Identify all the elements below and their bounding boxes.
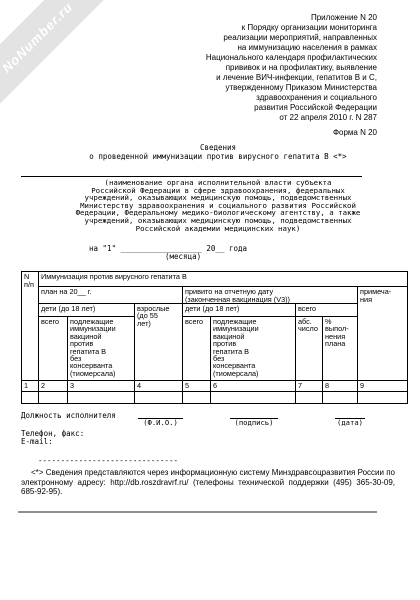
- column-number-cell: 6: [211, 380, 296, 391]
- immunization-table: N п/п Иммунизация против вирусного гепат…: [21, 271, 408, 404]
- email-label: E-mail:: [21, 438, 420, 446]
- fio-label: (Ф.И.О.): [143, 418, 178, 427]
- th-row-number: N п/п: [22, 272, 39, 381]
- form-number: Форма N 20: [0, 128, 420, 138]
- contact-block: Телефон, факс: E-mail:: [21, 430, 420, 446]
- th-children-vaccinated: дети (до 18 лет): [183, 303, 296, 316]
- th-total-vacc-children: всего: [183, 316, 211, 380]
- th-adults: взрослые (до 55 лет): [135, 303, 183, 380]
- sign-label: (подпись): [235, 418, 274, 427]
- column-number-cell: 1: [22, 380, 39, 391]
- org-name-caption: (наименование органа исполнительной влас…: [21, 179, 415, 232]
- document-title: Сведения о проведенной иммунизации проти…: [21, 144, 415, 161]
- phone-fax-label: Телефон, факс:: [21, 430, 420, 438]
- th-total: всего: [296, 303, 358, 316]
- empty-data-cell: [135, 391, 183, 403]
- th-children-plan: дети (до 18 лет): [39, 303, 135, 316]
- th-percent-plan: % выпол- нения плана: [323, 316, 358, 380]
- document-title-line2: о проведенной иммунизации против вирусно…: [21, 153, 415, 162]
- th-vaccinated: привито на отчетную дату (законченная ва…: [183, 287, 358, 304]
- column-number-cell: 2: [39, 380, 68, 391]
- column-number-cell: 4: [135, 380, 183, 391]
- th-abs-number: абс. число: [296, 316, 323, 380]
- column-number-cell: 9: [358, 380, 408, 391]
- th-total-plan-children: всего: [39, 316, 68, 380]
- signature-section: Должность исполнителя (Ф.И.О.) (подпись)…: [21, 412, 420, 427]
- empty-data-row: [22, 391, 408, 403]
- date-signature-line: (дата): [335, 418, 365, 427]
- column-number-cell: 8: [323, 380, 358, 391]
- empty-data-cell: [296, 391, 323, 403]
- empty-data-cell: [211, 391, 296, 403]
- org-name-blank-line: [21, 176, 362, 177]
- sign-signature-line: (подпись): [230, 418, 278, 427]
- column-number-cell: 5: [183, 380, 211, 391]
- document-page: NoNumber.ru Приложение N 20 к Порядку ор…: [0, 0, 420, 513]
- month-hint: (месяца): [165, 253, 420, 261]
- column-number-cell: 7: [296, 380, 323, 391]
- column-number-cell: 3: [68, 380, 135, 391]
- empty-data-cell: [183, 391, 211, 403]
- empty-data-cell: [39, 391, 68, 403]
- date-label: (дата): [337, 418, 363, 427]
- th-subject-vacc: подлежащие иммунизации вакциной против г…: [211, 316, 296, 380]
- footnote-separator: -------------------------------: [38, 457, 420, 464]
- bottom-rule: [18, 511, 377, 513]
- th-plan: план на 20__ г.: [39, 287, 183, 304]
- column-numbers-row: 1 2 3 4 5 6 7 8 9: [22, 380, 408, 391]
- executor-position-label: Должность исполнителя: [21, 411, 116, 420]
- empty-data-cell: [323, 391, 358, 403]
- report-date-line: на "1" __________________ 20__ года (мес…: [89, 245, 420, 261]
- th-subject-plan: подлежащие иммунизации вакциной против г…: [68, 316, 135, 380]
- th-immunization-title: Иммунизация против вирусного гепатита В: [39, 272, 408, 287]
- th-notes: примеча- ния: [358, 287, 408, 381]
- footnote-text: <*> Сведения представляются через информ…: [21, 468, 395, 497]
- empty-data-cell: [358, 391, 408, 403]
- empty-data-cell: [22, 391, 39, 403]
- empty-data-cell: [68, 391, 135, 403]
- fio-signature-line: (Ф.И.О.): [138, 418, 183, 427]
- appendix-header: Приложение N 20 к Порядку организации мо…: [0, 0, 420, 123]
